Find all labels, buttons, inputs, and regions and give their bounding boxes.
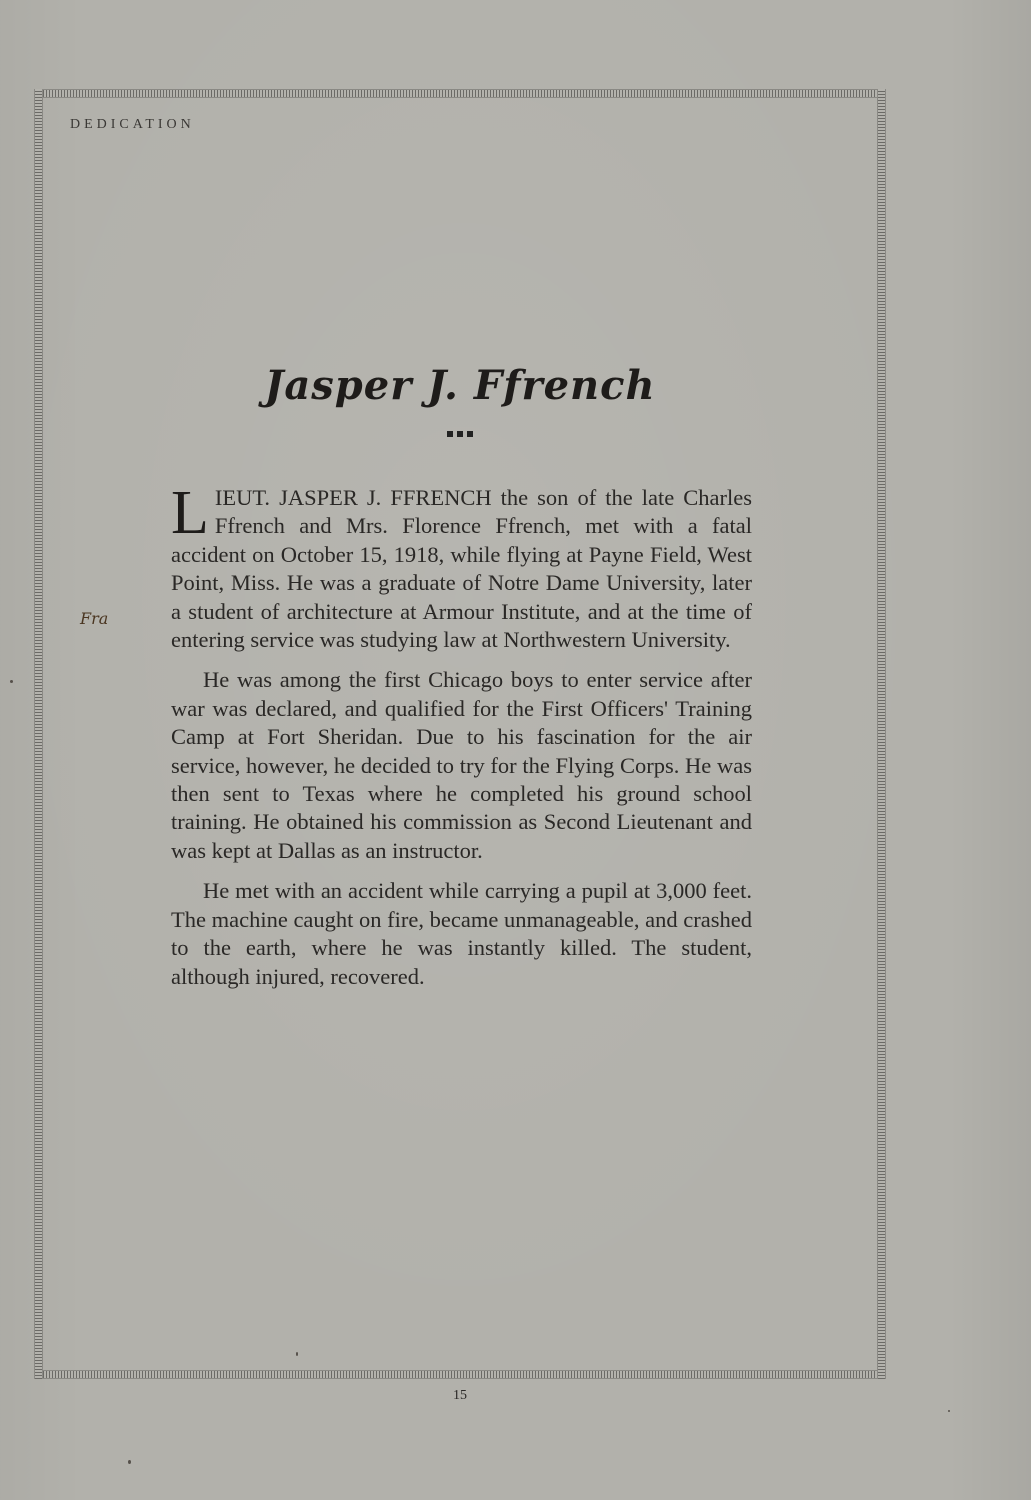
paragraph-1-text: IEUT. JASPER J. FFRENCH the son of the l… [171,485,752,652]
paragraph-3: He met with an accident while carrying a… [171,877,752,991]
paper-speck [296,1352,298,1356]
ornament-square-icon [467,431,473,437]
border-right [877,89,886,1379]
paper-speck [948,1410,950,1412]
ornament-divider [0,431,920,437]
section-label: DEDICATION [70,117,195,133]
paragraph-2: He was among the first Chicago boys to e… [171,666,752,865]
page-title: Jasper J. Ffrench [0,362,920,409]
paper-speck [10,680,13,683]
dedication-body: LIEUT. JASPER J. FFRENCH the son of the … [171,484,752,1003]
border-left [34,89,43,1379]
border-bottom [34,1370,886,1379]
paper-speck [128,1460,131,1464]
ornament-square-icon [447,431,453,437]
ornament-square-icon [457,431,463,437]
handwritten-margin-annotation: Fra [80,609,108,628]
drop-cap: L [171,488,209,538]
paragraph-1: LIEUT. JASPER J. FFRENCH the son of the … [171,484,752,654]
border-top [34,89,886,98]
page-number: 15 [0,1388,920,1404]
